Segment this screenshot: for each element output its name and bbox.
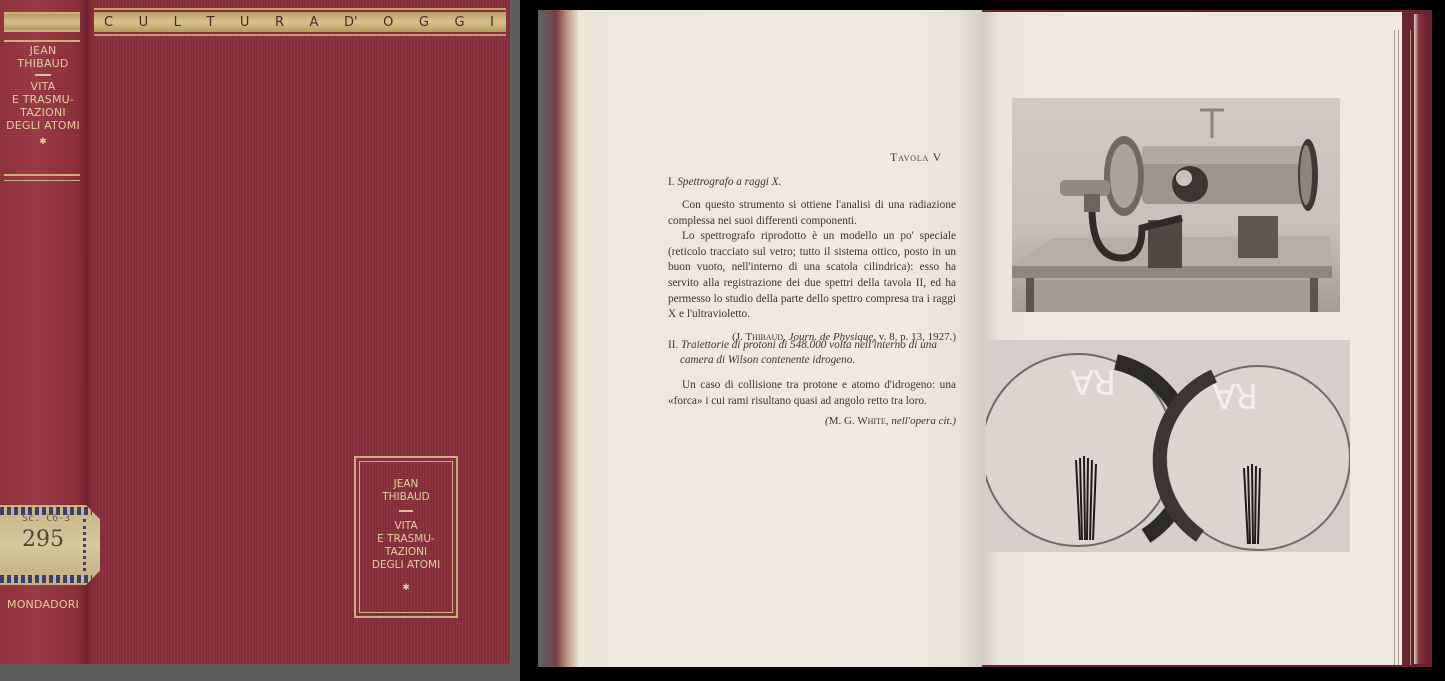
spine-title-block: JEAN THIBAUD VITA E TRASMU- TAZIONI DEGL… xyxy=(0,44,86,149)
star-ornament-icon: ✱ xyxy=(0,136,86,149)
page-stack-edges xyxy=(1338,30,1418,665)
caption-item-1: I. Spettrografo a raggi X. Con questo st… xyxy=(668,176,956,343)
spine-title-line: VITA xyxy=(0,80,86,93)
svg-text:RA: RA xyxy=(1212,375,1258,415)
spine-divider xyxy=(35,74,51,76)
spine-author: JEAN xyxy=(0,44,86,57)
front-title-line: E TRASMU- xyxy=(360,533,452,546)
publisher-name: MONDADORI xyxy=(0,598,86,611)
spine-rule xyxy=(4,180,80,181)
spine-top-band xyxy=(4,12,80,32)
series-band: C U L T U R A D' O G G I xyxy=(94,8,506,36)
svg-text:RA: RA xyxy=(1070,361,1116,401)
book-edge-left xyxy=(538,10,578,667)
front-title-line: TAZIONI xyxy=(360,546,452,559)
front-title-line: VITA xyxy=(360,520,452,533)
citation: (M. G. White, nell'opera cit.) xyxy=(668,415,956,427)
book-edge-right xyxy=(1414,14,1426,664)
book-cover-photo: C U L T U R A D' O G G I JEAN THIBAUD VI… xyxy=(0,0,520,681)
front-title-line: DEGLI ATOMI xyxy=(360,559,452,572)
spine-title-line: DEGLI ATOMI xyxy=(0,119,86,132)
spectrograph-photo xyxy=(1012,98,1340,312)
caption-body: Un caso di collisione tra protone e atom… xyxy=(668,378,956,409)
front-divider xyxy=(399,510,413,512)
front-author: JEAN xyxy=(360,478,452,491)
front-author: THIBAUD xyxy=(360,491,452,504)
cloud-chamber-illustration-icon: RA RA xyxy=(986,340,1350,552)
caption-item-2: II. Traiettorie di protoni di 548.000 vo… xyxy=(668,338,956,427)
plate-heading: Tavola V xyxy=(890,150,942,165)
shelf-code: Sc. C6-3 xyxy=(22,513,70,524)
spine-title-line: E TRASMU- xyxy=(0,93,86,106)
caption-body: Con questo strumento si ottiene l'analis… xyxy=(668,198,956,323)
caption-title: II. Traiettorie di protoni di 548.000 vo… xyxy=(668,338,956,368)
spine-rule xyxy=(4,174,80,176)
shelf-number: 295 xyxy=(22,527,64,552)
caption-title: I. Spettrografo a raggi X. xyxy=(668,176,956,188)
open-book-photo: Tavola V I. Spettrografo a raggi X. Con … xyxy=(538,10,1432,667)
spine-rule xyxy=(4,40,80,42)
spine-title-line: TAZIONI xyxy=(0,106,86,119)
front-title-box: JEAN THIBAUD VITA E TRASMU- TAZIONI DEGL… xyxy=(354,456,458,618)
star-ornament-icon: ✱ xyxy=(360,582,452,595)
series-title: C U L T U R A D' O G G I xyxy=(94,12,506,32)
library-shelf-label: Sc. C6-3 295 xyxy=(0,505,100,585)
spectrograph-illustration-icon xyxy=(1012,98,1340,312)
cloud-chamber-photo: RA RA xyxy=(986,340,1350,552)
spine-author: THIBAUD xyxy=(0,57,86,70)
